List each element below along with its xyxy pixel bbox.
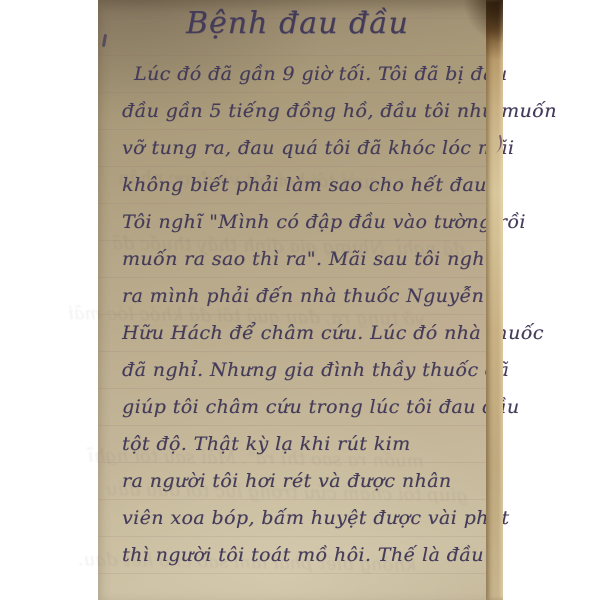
handwritten-line: ra người tôi hơi rét và được nhân bbox=[122, 463, 486, 500]
handwritten-line: ra mình phải đến nhà thuốc Nguyễn bbox=[122, 278, 486, 315]
handwritten-line: giúp tôi châm cứu trong lúc tôi đau đầu bbox=[122, 389, 486, 426]
handwritten-line: đầu gần 5 tiếng đồng hồ, đầu tôi như muố… bbox=[122, 93, 486, 130]
page-title: Bệnh đau đầu bbox=[186, 6, 409, 41]
handwritten-line: không biết phải làm sao cho hết đau. bbox=[122, 167, 486, 204]
page-edge bbox=[486, 0, 503, 600]
handwritten-line: Hữu Hách để châm cứu. Lúc đó nhà thuốc bbox=[122, 315, 486, 352]
handwritten-line: tột độ. Thật kỳ lạ khi rút kim bbox=[122, 426, 486, 463]
handwritten-text-block: Lúc đó đã gần 9 giờ tối. Tôi đã bị đau đ… bbox=[98, 56, 486, 574]
handwritten-line: vỡ tung ra, đau quá tôi đã khóc lóc mãi bbox=[122, 130, 486, 167]
photo-background: đã nghỉ. Nhưng gia đình thầy thuốc đã vỡ… bbox=[0, 0, 600, 600]
handwritten-line: thì người tôi toát mồ hôi. Thế là đầu bbox=[122, 537, 486, 574]
notebook-page: đã nghỉ. Nhưng gia đình thầy thuốc đã vỡ… bbox=[98, 0, 503, 600]
handwritten-line: viên xoa bóp, bấm huyệt được vài phút bbox=[122, 500, 486, 537]
handwritten-line: Lúc đó đã gần 9 giờ tối. Tôi đã bị đau bbox=[134, 56, 486, 93]
handwritten-line: Tôi nghĩ "Mình có đập đầu vào tường rồi bbox=[122, 204, 486, 241]
pen-mark bbox=[102, 34, 107, 47]
handwritten-line: muốn ra sao thì ra". Mãi sau tôi nghĩ bbox=[122, 241, 486, 278]
handwritten-line: đã nghỉ. Nhưng gia đình thầy thuốc đã bbox=[122, 352, 486, 389]
